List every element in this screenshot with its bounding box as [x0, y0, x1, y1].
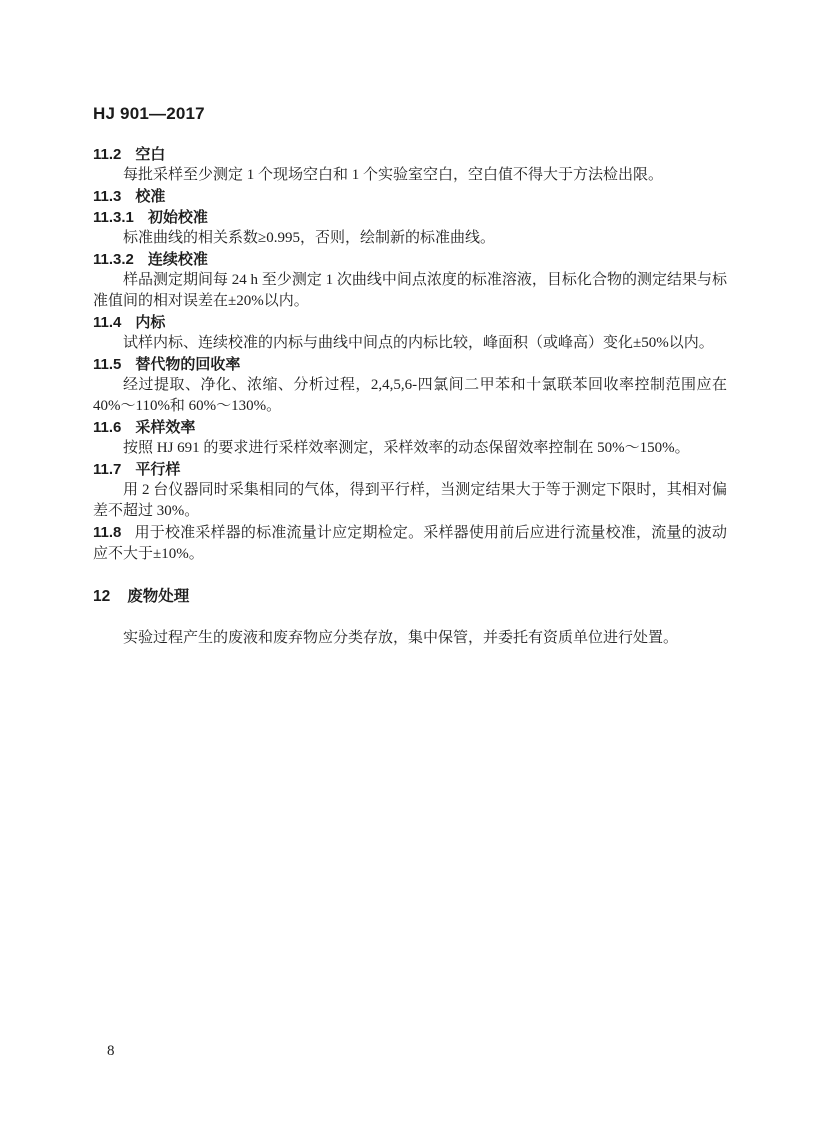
- heading-title: 废物处理: [127, 588, 189, 605]
- document-body: 11.2空白每批采样至少测定 1 个现场空白和 1 个实验室空白，空白值不得大于…: [93, 144, 727, 649]
- heading-title: 内标: [135, 314, 165, 331]
- heading-number: 11.6: [93, 419, 121, 436]
- section-heading: 11.2空白: [93, 144, 727, 165]
- body-paragraph: 样品测定期间每 24 h 至少测定 1 次曲线中间点浓度的标准溶液，目标化合物的…: [93, 270, 727, 312]
- body-paragraph: 标准曲线的相关系数≥0.995，否则，绘制新的标准曲线。: [93, 228, 727, 249]
- heading-title: 替代物的回收率: [135, 356, 240, 373]
- heading-title: 校准: [135, 188, 165, 205]
- heading-number: 12: [93, 588, 110, 605]
- heading-number: 11.2: [93, 146, 121, 163]
- section-heading: 11.6采样效率: [93, 417, 727, 438]
- heading-number: 11.8: [93, 524, 121, 541]
- paragraph-text: 用于校准采样器的标准流量计应定期检定。采样器使用前后应进行流量校准，流量的波动应…: [93, 525, 727, 562]
- heading-number: 11.4: [93, 314, 121, 331]
- section-heading: 11.7平行样: [93, 459, 727, 480]
- heading-title: 采样效率: [135, 419, 195, 436]
- body-paragraph: 用 2 台仪器同时采集相同的气体，得到平行样，当测定结果大于等于测定下限时，其相…: [93, 480, 727, 522]
- section-heading: 11.3.1初始校准: [93, 207, 727, 228]
- section-heading: 11.4内标: [93, 312, 727, 333]
- body-paragraph: 实验过程产生的废液和废弃物应分类存放，集中保管，并委托有资质单位进行处置。: [93, 628, 727, 649]
- heading-number: 11.3.1: [93, 209, 134, 226]
- page-number: 8: [107, 1041, 115, 1062]
- heading-title: 平行样: [135, 461, 180, 478]
- section-heading: 11.5替代物的回收率: [93, 354, 727, 375]
- heading-number: 11.7: [93, 461, 121, 478]
- heading-title: 初始校准: [148, 209, 208, 226]
- body-paragraph: 每批采样至少测定 1 个现场空白和 1 个实验室空白，空白值不得大于方法检出限。: [93, 165, 727, 186]
- heading-title: 连续校准: [148, 251, 208, 268]
- chapter-heading: 12废物处理: [93, 586, 727, 607]
- body-paragraph: 按照 HJ 691 的要求进行采样效率测定，采样效率的动态保留效率控制在 50%…: [93, 438, 727, 459]
- section-heading: 11.3校准: [93, 186, 727, 207]
- heading-title: 空白: [135, 146, 165, 163]
- heading-number: 11.3.2: [93, 251, 134, 268]
- numbered-paragraph: 11.8用于校准采样器的标准流量计应定期检定。采样器使用前后应进行流量校准，流量…: [93, 522, 727, 565]
- body-paragraph: 经过提取、净化、浓缩、分析过程，2,4,5,6-四氯间二甲苯和十氯联苯回收率控制…: [93, 375, 727, 417]
- document-page: HJ 901—2017 11.2空白每批采样至少测定 1 个现场空白和 1 个实…: [0, 0, 816, 1145]
- document-header: HJ 901—2017: [93, 103, 205, 124]
- section-heading: 11.3.2连续校准: [93, 249, 727, 270]
- heading-number: 11.5: [93, 356, 121, 373]
- heading-number: 11.3: [93, 188, 121, 205]
- body-paragraph: 试样内标、连续校准的内标与曲线中间点的内标比较，峰面积（或峰高）变化±50%以内…: [93, 333, 727, 354]
